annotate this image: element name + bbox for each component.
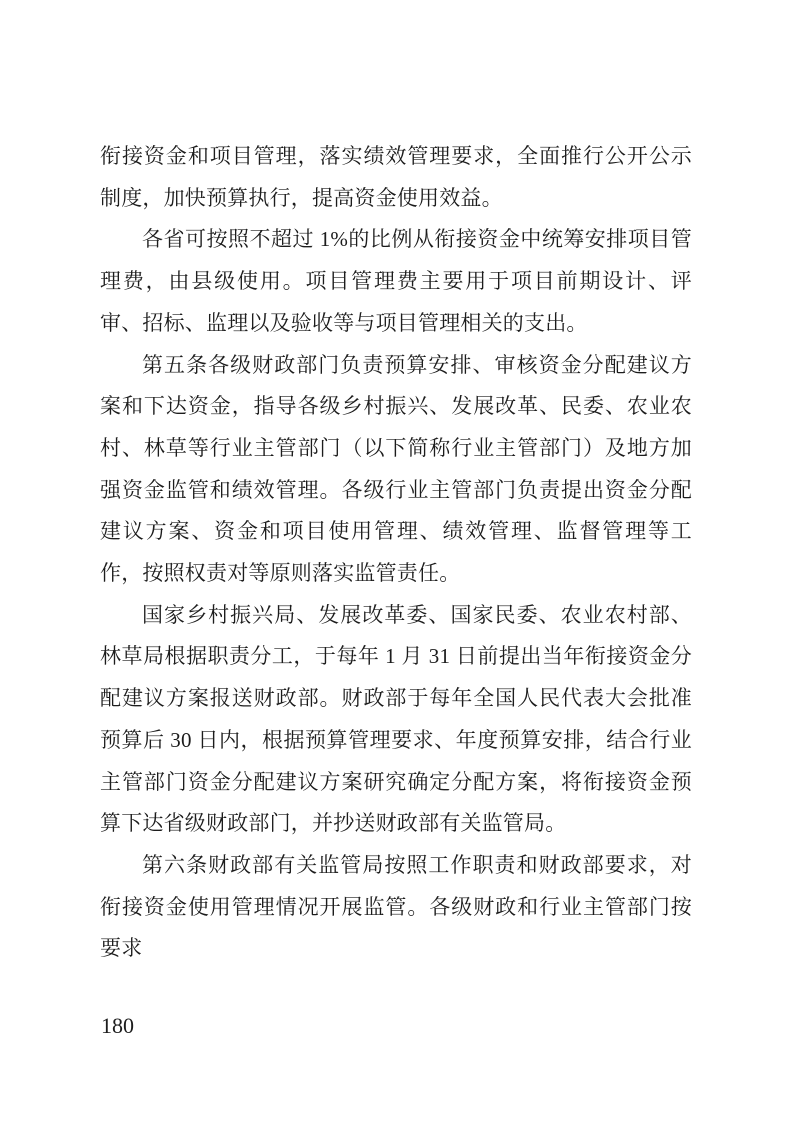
document-body: 衔接资金和项目管理，落实绩效管理要求，全面推行公开公示制度，加快预算执行，提高资… bbox=[100, 136, 692, 970]
paragraph-allocation-plan: 国家乡村振兴局、发展改革委、国家民委、农业农村部、林草局根据职责分工，于每年 1… bbox=[100, 595, 692, 845]
paragraph-project-management-fee: 各省可按照不超过 1%的比例从衔接资金中统筹安排项目管理费，由县级使用。项目管理… bbox=[100, 219, 692, 344]
page-number: 180 bbox=[101, 1012, 134, 1040]
paragraph-article-6: 第六条财政部有关监管局按照工作职责和财政部要求，对衔接资金使用管理情况开展监管。… bbox=[100, 845, 692, 970]
document-page: 衔接资金和项目管理，落实绩效管理要求，全面推行公开公示制度，加快预算执行，提高资… bbox=[0, 0, 793, 1122]
paragraph-continuation: 衔接资金和项目管理，落实绩效管理要求，全面推行公开公示制度，加快预算执行，提高资… bbox=[100, 136, 692, 219]
paragraph-article-5: 第五条各级财政部门负责预算安排、审核资金分配建议方案和下达资金，指导各级乡村振兴… bbox=[100, 345, 692, 595]
